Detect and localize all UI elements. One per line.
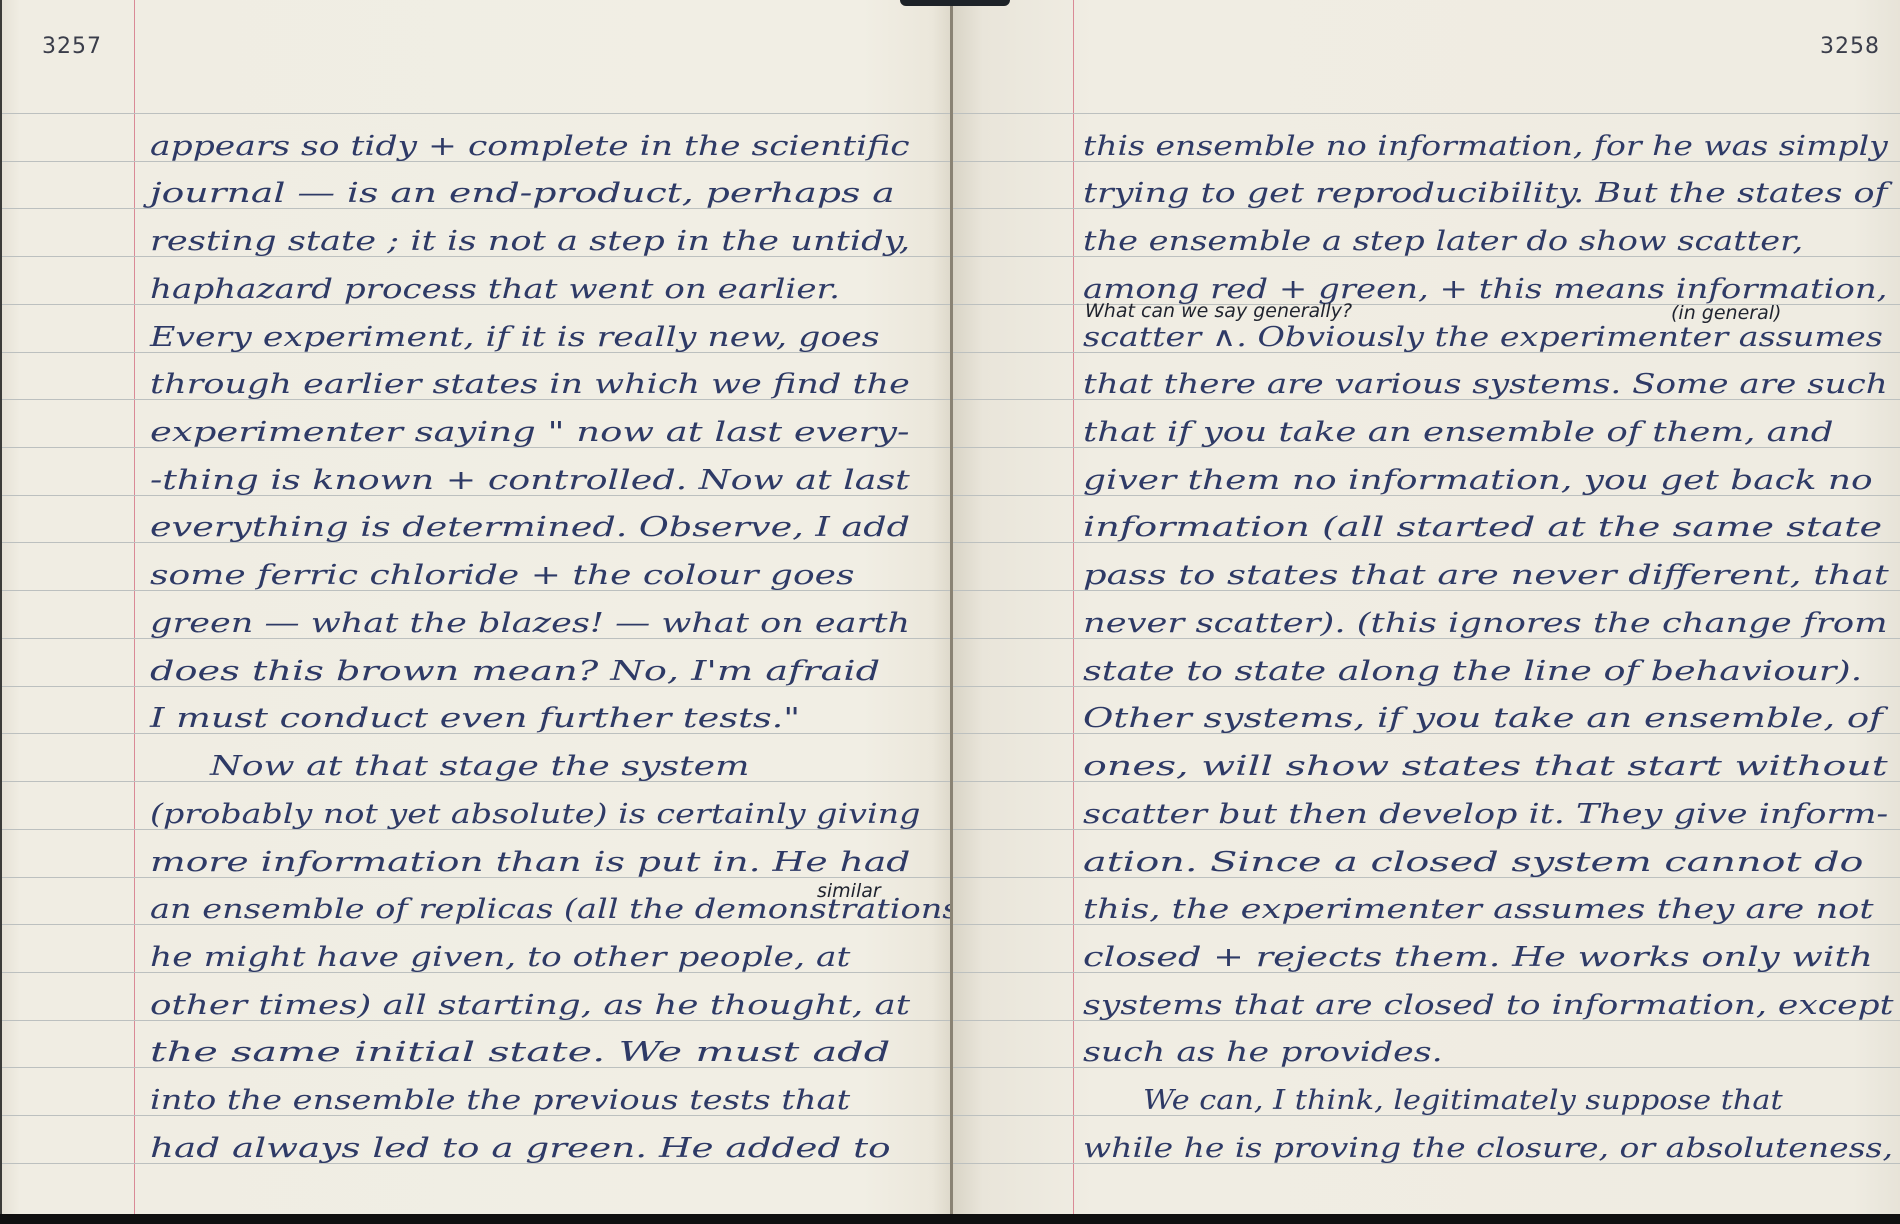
handwritten-line: had always led to a green. He added to bbox=[150, 1133, 891, 1165]
marginal-insertion: What can we say generally? bbox=[1085, 300, 1352, 322]
handwritten-line: Every experiment, if it is really new, g… bbox=[150, 322, 880, 354]
handwritten-line: some ferric chloride + the colour goes bbox=[150, 560, 855, 592]
gutter bbox=[950, 0, 953, 1216]
handwritten-line: Now at that stage the system bbox=[210, 751, 750, 783]
handwritten-line: into the ensemble the previous tests tha… bbox=[150, 1085, 850, 1117]
handwritten-line: while he is proving the closure, or abso… bbox=[1083, 1133, 1893, 1165]
handwritten-line: never scatter). (this ignores the change… bbox=[1083, 608, 1888, 640]
handwritten-line: giver them no information, you get back … bbox=[1083, 465, 1873, 497]
handwritten-line: this, the experimenter assumes they are … bbox=[1083, 894, 1874, 926]
right-page-number: 3258 bbox=[1820, 34, 1880, 59]
handwritten-line: scatter but then develop it. They give i… bbox=[1083, 799, 1888, 831]
handwritten-line: scatter ∧. Obviously the experimenter as… bbox=[1083, 322, 1883, 354]
handwritten-line: does this brown mean? No, I'm afraid bbox=[150, 656, 880, 688]
handwritten-line: such as he provides. bbox=[1083, 1037, 1443, 1069]
handwritten-line: appears so tidy + complete in the scient… bbox=[150, 131, 910, 163]
right-page: 3258 this ensemble no information, for h… bbox=[953, 0, 1900, 1216]
handwritten-line: systems that are closed to information, … bbox=[1083, 990, 1893, 1022]
handwritten-line: trying to get reproducibility. But the s… bbox=[1083, 178, 1887, 210]
handwritten-line: this ensemble no information, for he was… bbox=[1083, 131, 1888, 163]
handwritten-line: -thing is known + controlled. Now at las… bbox=[150, 465, 910, 497]
handwritten-line: through earlier states in which we find … bbox=[150, 369, 910, 401]
handwritten-line: I must conduct even further tests." bbox=[150, 703, 800, 735]
notebook-spread: 3257 appears so tidy + complete in the s… bbox=[0, 0, 1900, 1216]
handwritten-line: closed + rejects them. He works only wit… bbox=[1083, 942, 1873, 974]
ruled-line bbox=[953, 113, 1900, 114]
marginal-insertion: (in general) bbox=[1671, 302, 1781, 324]
handwritten-line: resting state ; it is not a step in the … bbox=[150, 226, 910, 258]
handwritten-line: he might have given, to other people, at bbox=[150, 942, 850, 974]
handwritten-line: haphazard process that went on earlier. bbox=[150, 274, 840, 306]
handwritten-line: that if you take an ensemble of them, an… bbox=[1083, 417, 1833, 449]
bottom-edge bbox=[0, 1214, 1900, 1224]
handwritten-line: that there are various systems. Some are… bbox=[1083, 369, 1888, 401]
handwritten-line: pass to states that are never different,… bbox=[1083, 560, 1889, 592]
handwritten-line: other times) all starting, as he thought… bbox=[150, 990, 910, 1022]
handwritten-line: journal — is an end-product, perhaps a bbox=[150, 178, 895, 210]
handwritten-line: ation. Since a closed system cannot do bbox=[1083, 847, 1863, 879]
handwritten-line: the ensemble a step later do show scatte… bbox=[1083, 226, 1803, 258]
right-margin-line bbox=[1073, 0, 1074, 1216]
ruled-line bbox=[2, 113, 951, 114]
left-margin-line bbox=[134, 0, 135, 1216]
handwritten-line: everything is determined. Observe, I add bbox=[150, 512, 910, 544]
handwritten-line: the same initial state. We must add bbox=[150, 1037, 890, 1069]
left-page-number: 3257 bbox=[42, 34, 102, 59]
handwritten-line: ones, will show states that start withou… bbox=[1083, 751, 1888, 783]
handwritten-line: state to state along the line of behavio… bbox=[1083, 656, 1862, 688]
handwritten-line: information (all started at the same sta… bbox=[1083, 512, 1882, 544]
handwritten-line: green — what the blazes! — what on earth bbox=[150, 608, 910, 640]
handwritten-line: experimenter saying " now at last every- bbox=[150, 417, 909, 449]
handwritten-line: Other systems, if you take an ensemble, … bbox=[1083, 703, 1883, 735]
handwritten-line: (probably not yet absolute) is certainly… bbox=[150, 799, 920, 831]
handwritten-line: We can, I think, legitimately suppose th… bbox=[1143, 1085, 1783, 1117]
marginal-insertion: similar bbox=[817, 880, 881, 902]
left-page: 3257 appears so tidy + complete in the s… bbox=[0, 0, 951, 1216]
spine-top-shadow bbox=[900, 0, 1010, 6]
handwritten-line: more information than is put in. He had bbox=[150, 847, 910, 879]
